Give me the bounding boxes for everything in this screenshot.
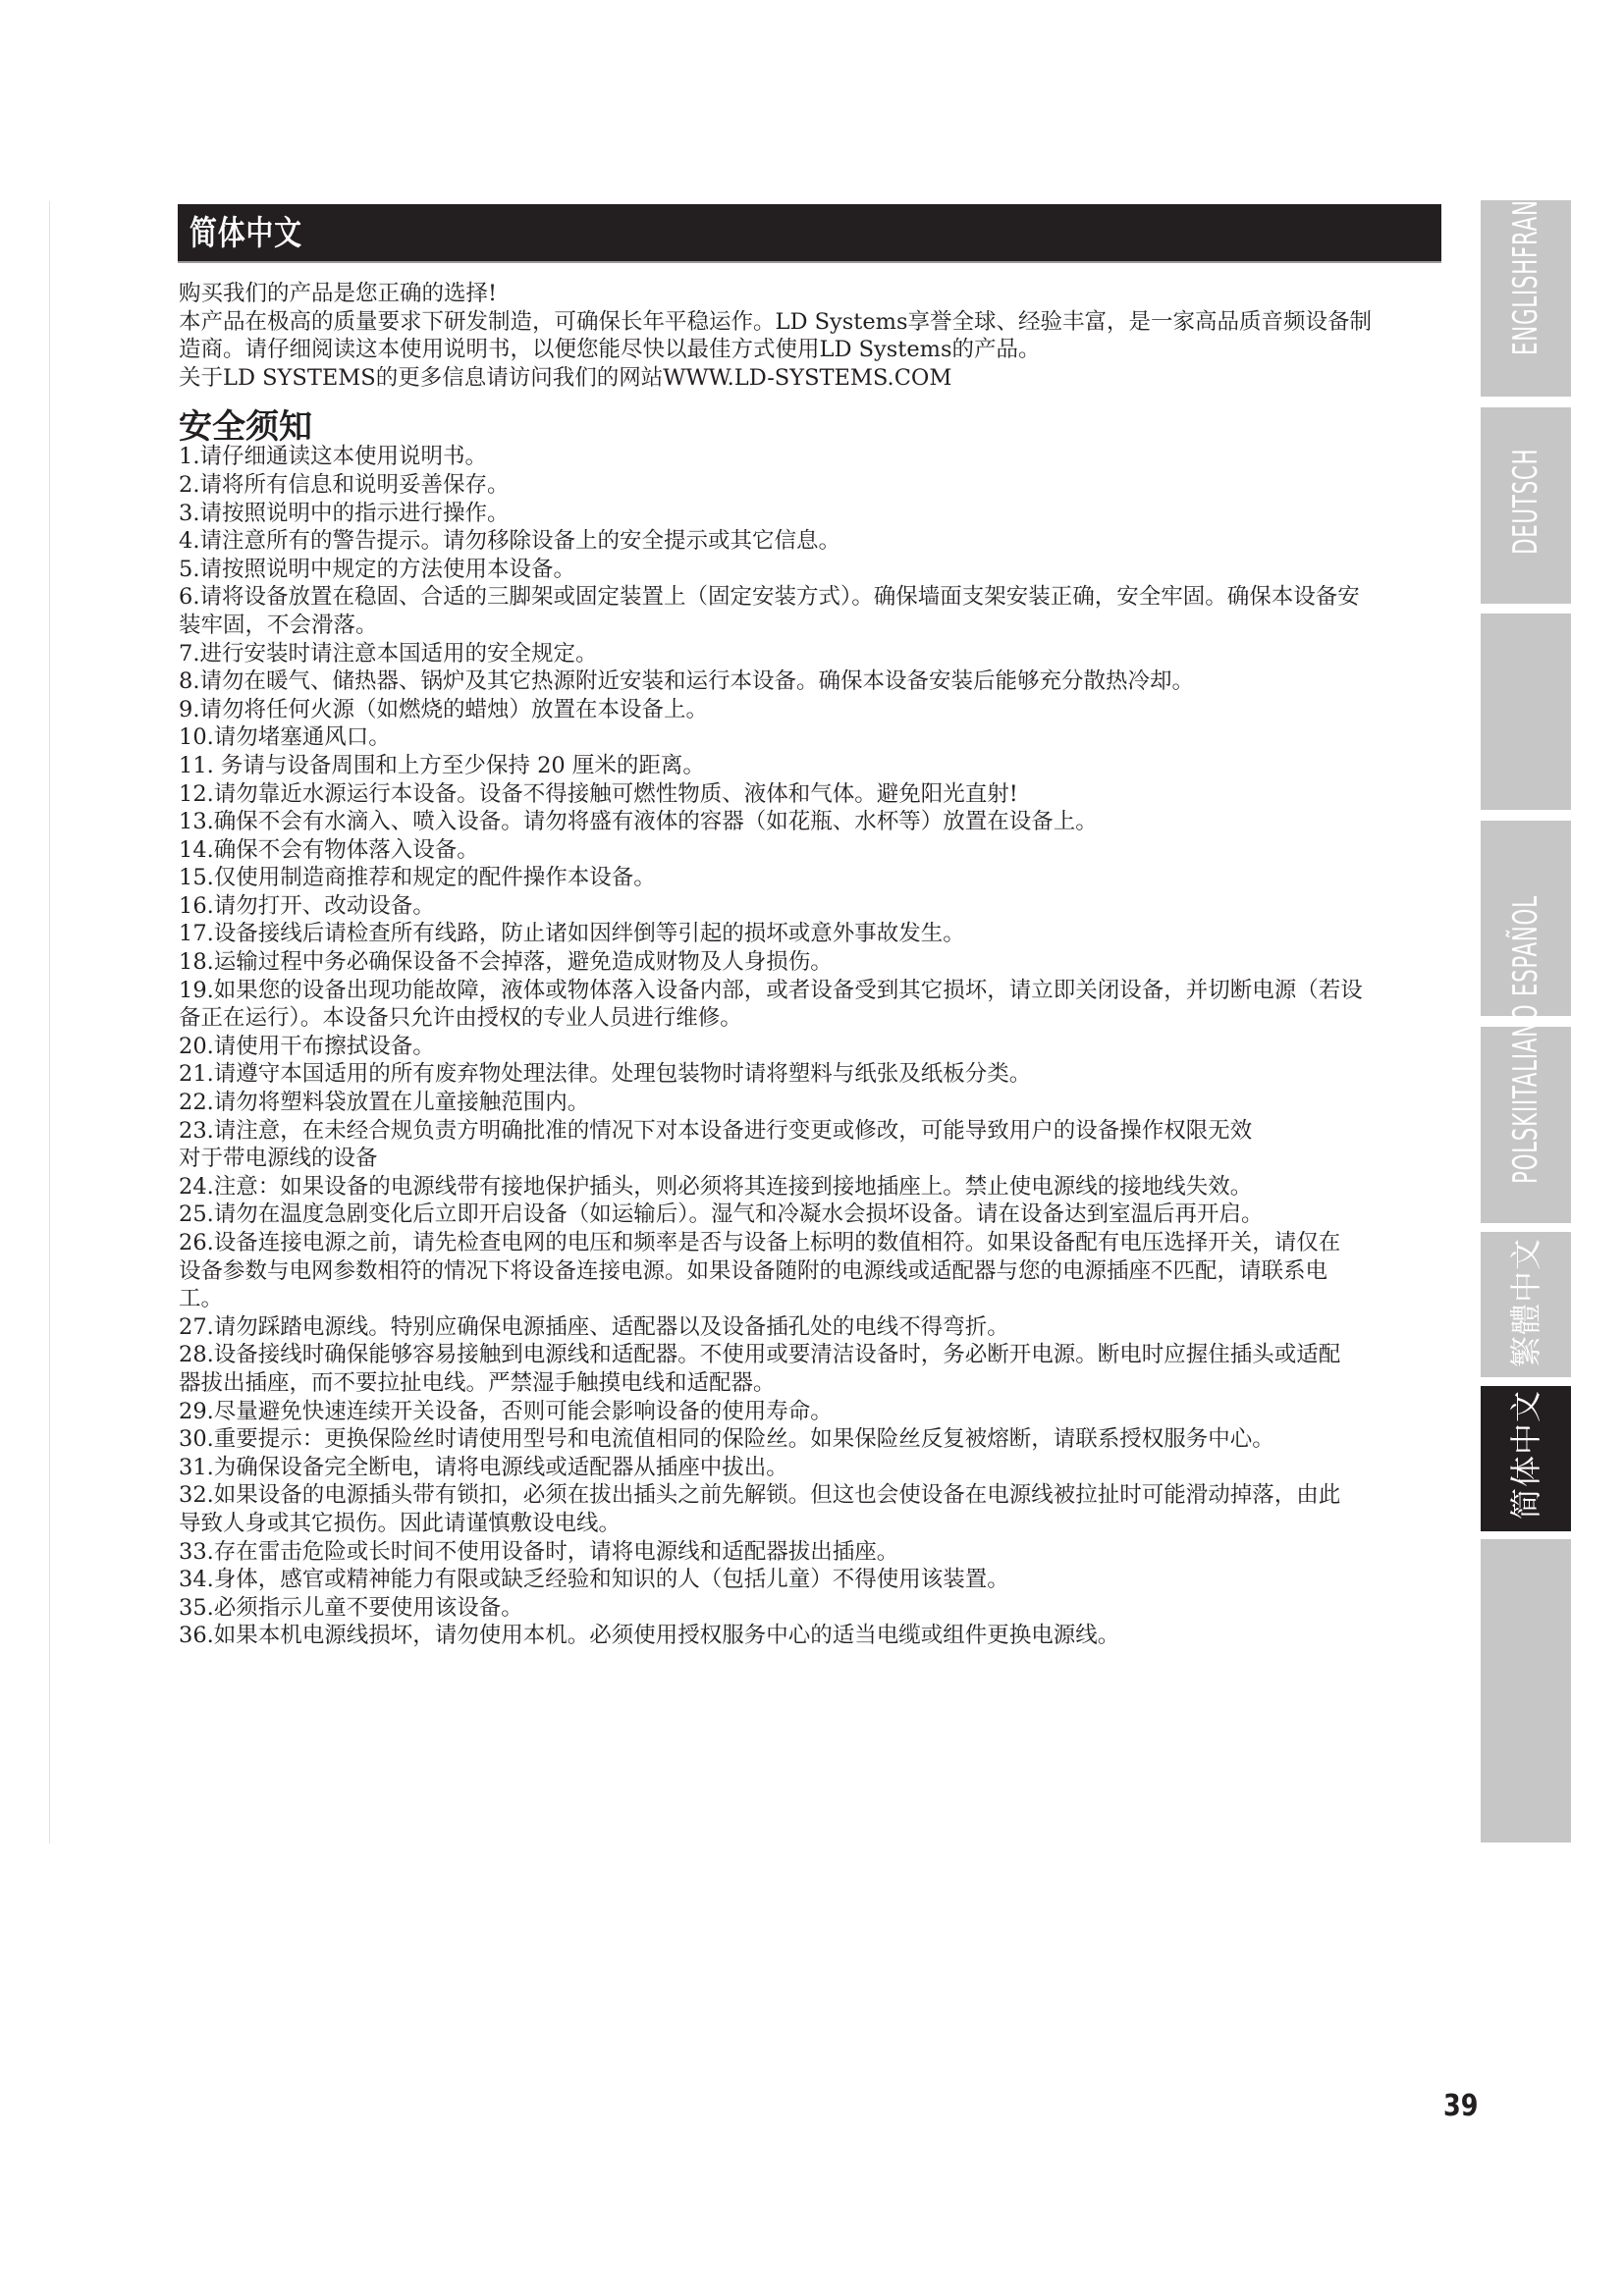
- intro-line: 购买我们的产品是您正确的选择!: [179, 280, 1494, 308]
- document-content: 购买我们的产品是您正确的选择! 本产品在极高的质量要求下研发制造，可确保长年平稳…: [179, 280, 1494, 1650]
- tab-deutsch[interactable]: DEUTSCH: [1481, 407, 1571, 604]
- tab-traditional-chinese[interactable]: 繁體中文: [1481, 1232, 1571, 1377]
- safety-item: 4.请注意所有的警告提示。请勿移除设备上的安全提示或其它信息。: [179, 527, 1494, 556]
- safety-item-continuation: 设备参数与电网参数相符的情况下将设备连接电源。如果设备随附的电源线或适配器与您的…: [179, 1257, 1494, 1286]
- safety-item: 11. 务请与设备周围和上方至少保持 20 厘米的距离。: [179, 752, 1494, 780]
- safety-item: 6.请将设备放置在稳固、合适的三脚架或固定装置上（固定安装方式）。确保墙面支架安…: [179, 583, 1494, 612]
- safety-item: 19.如果您的设备出现功能故障，液体或物体落入设备内部，或者设备受到其它损坏，请…: [179, 977, 1494, 1005]
- section-header-bar: 简体中文: [178, 204, 1441, 263]
- intro-line: 本产品在极高的质量要求下研发制造，可确保长年平稳运作。LD Systems享誉全…: [179, 308, 1494, 337]
- safety-item: 23.请注意，在未经合规负责方明确批准的情况下对本设备进行变更或修改，可能导致用…: [179, 1117, 1494, 1146]
- tab-label: DEUTSCH: [1509, 449, 1543, 555]
- tab-blank-bottom[interactable]: [1481, 1539, 1571, 1842]
- safety-item-continuation: 器拔出插座，而不要拉扯电线。严禁湿手触摸电线和适配器。: [179, 1369, 1494, 1398]
- safety-item: 10.请勿堵塞通风口。: [179, 723, 1494, 752]
- tab-english-french[interactable]: ENGLISHFRAN: [1481, 200, 1571, 397]
- safety-item: 33.存在雷击危险或长时间不使用设备时，请将电源线和适配器拔出插座。: [179, 1538, 1494, 1567]
- page-number: 39: [1443, 2089, 1478, 2123]
- intro-line: 造商。请仔细阅读这本使用说明书，以便您能尽快以最佳方式使用LD Systems的…: [179, 336, 1494, 364]
- safety-item: 12.请勿靠近水源运行本设备。设备不得接触可燃性物质、液体和气体。避免阳光直射!: [179, 780, 1494, 809]
- safety-item: 36.如果本机电源线损坏，请勿使用本机。必须使用授权服务中心的适当电缆或组件更换…: [179, 1622, 1494, 1650]
- safety-item-continuation: 备正在运行）。本设备只允许由授权的专业人员进行维修。: [179, 1004, 1494, 1033]
- safety-item: 2.请将所有信息和说明妥善保存。: [179, 471, 1494, 500]
- safety-item: 25.请勿在温度急剧变化后立即开启设备（如运输后）。湿气和冷凝水会损坏设备。请在…: [179, 1201, 1494, 1229]
- safety-item: 17.设备接线后请检查所有线路，防止诸如因绊倒等引起的损坏或意外事故发生。: [179, 920, 1494, 948]
- safety-item: 16.请勿打开、改动设备。: [179, 892, 1494, 921]
- safety-item: 9.请勿将任何火源（如燃烧的蜡烛）放置在本设备上。: [179, 696, 1494, 724]
- safety-item: 24.注意：如果设备的电源线带有接地保护插头，则必须将其连接到接地插座上。禁止使…: [179, 1173, 1494, 1201]
- tab-polski-italiano-espanol[interactable]: POLSKIITALIANO ESPAÑOL: [1481, 1027, 1571, 1223]
- safety-item: 22.请勿将塑料袋放置在儿童接触范围内。: [179, 1089, 1494, 1117]
- safety-item: 28.设备接线时确保能够容易接触到电源线和适配器。不使用或要清洁设备时，务必断开…: [179, 1341, 1494, 1369]
- safety-subheading: 对于带电源线的设备: [179, 1145, 1494, 1173]
- safety-item: 32.如果设备的电源插头带有锁扣，必须在拔出插头之前先解锁。但这也会使设备在电源…: [179, 1481, 1494, 1510]
- intro-paragraph: 购买我们的产品是您正确的选择! 本产品在极高的质量要求下研发制造，可确保长年平稳…: [179, 280, 1494, 392]
- section-header-title: 简体中文: [189, 212, 302, 255]
- tab-simplified-chinese[interactable]: 简体中文: [1481, 1386, 1571, 1531]
- website-line: 关于LD SYSTEMS的更多信息请访问我们的网站WWW.LD-SYSTEMS.…: [179, 364, 1494, 393]
- safety-item: 34.身体，感官或精神能力有限或缺乏经验和知识的人（包括儿童）不得使用该装置。: [179, 1566, 1494, 1594]
- safety-item-continuation: 导致人身或其它损伤。因此请谨慎敷设电线。: [179, 1510, 1494, 1538]
- safety-item-continuation: 装牢固，不会滑落。: [179, 612, 1494, 640]
- safety-item-continuation: 工。: [179, 1285, 1494, 1313]
- safety-item: 5.请按照说明中规定的方法使用本设备。: [179, 556, 1494, 584]
- safety-item: 13.确保不会有水滴入、喷入设备。请勿将盛有液体的容器（如花瓶、水杯等）放置在设…: [179, 808, 1494, 836]
- safety-item: 27.请勿踩踏电源线。特别应确保电源插座、适配器以及设备插孔处的电线不得弯折。: [179, 1313, 1494, 1342]
- tab-label: 繁體中文: [1509, 1238, 1543, 1367]
- safety-item: 21.请遵守本国适用的所有废弃物处理法律。处理包装物时请将塑料与纸张及纸板分类。: [179, 1060, 1494, 1089]
- safety-item: 26.设备连接电源之前，请先检查电网的电压和频率是否与设备上标明的数值相符。如果…: [179, 1229, 1494, 1257]
- left-margin-rule: [49, 201, 50, 1843]
- safety-item: 8.请勿在暖气、储热器、锅炉及其它热源附近安装和运行本设备。确保本设备安装后能够…: [179, 667, 1494, 696]
- safety-item: 20.请使用干布擦拭设备。: [179, 1033, 1494, 1061]
- safety-item: 3.请按照说明中的指示进行操作。: [179, 500, 1494, 528]
- tab-label: ENGLISHFRAN: [1509, 199, 1543, 355]
- safety-item: 14.确保不会有物体落入设备。: [179, 836, 1494, 865]
- tab-label: 简体中文: [1509, 1390, 1543, 1520]
- tab-label: POLSKIITALIANO ESPAÑOL: [1509, 895, 1543, 1184]
- safety-list: 1.请仔细通读这本使用说明书。 2.请将所有信息和说明妥善保存。 3.请按照说明…: [179, 443, 1494, 1650]
- safety-item: 15.仅使用制造商推荐和规定的配件操作本设备。: [179, 864, 1494, 892]
- safety-item: 7.进行安装时请注意本国适用的安全规定。: [179, 640, 1494, 668]
- tab-blank[interactable]: [1481, 614, 1571, 810]
- safety-item: 35.必须指示儿童不要使用该设备。: [179, 1594, 1494, 1623]
- safety-item: 31.为确保设备完全断电，请将电源线或适配器从插座中拔出。: [179, 1454, 1494, 1482]
- safety-item: 1.请仔细通读这本使用说明书。: [179, 443, 1494, 471]
- safety-item: 29.尽量避免快速连续开关设备，否则可能会影响设备的使用寿命。: [179, 1398, 1494, 1426]
- safety-item: 30.重要提示：更换保险丝时请使用型号和电流值相同的保险丝。如果保险丝反复被熔断…: [179, 1425, 1494, 1454]
- safety-item: 18.运输过程中务必确保设备不会掉落，避免造成财物及人身损伤。: [179, 948, 1494, 977]
- safety-section-title: 安全须知: [179, 407, 1494, 447]
